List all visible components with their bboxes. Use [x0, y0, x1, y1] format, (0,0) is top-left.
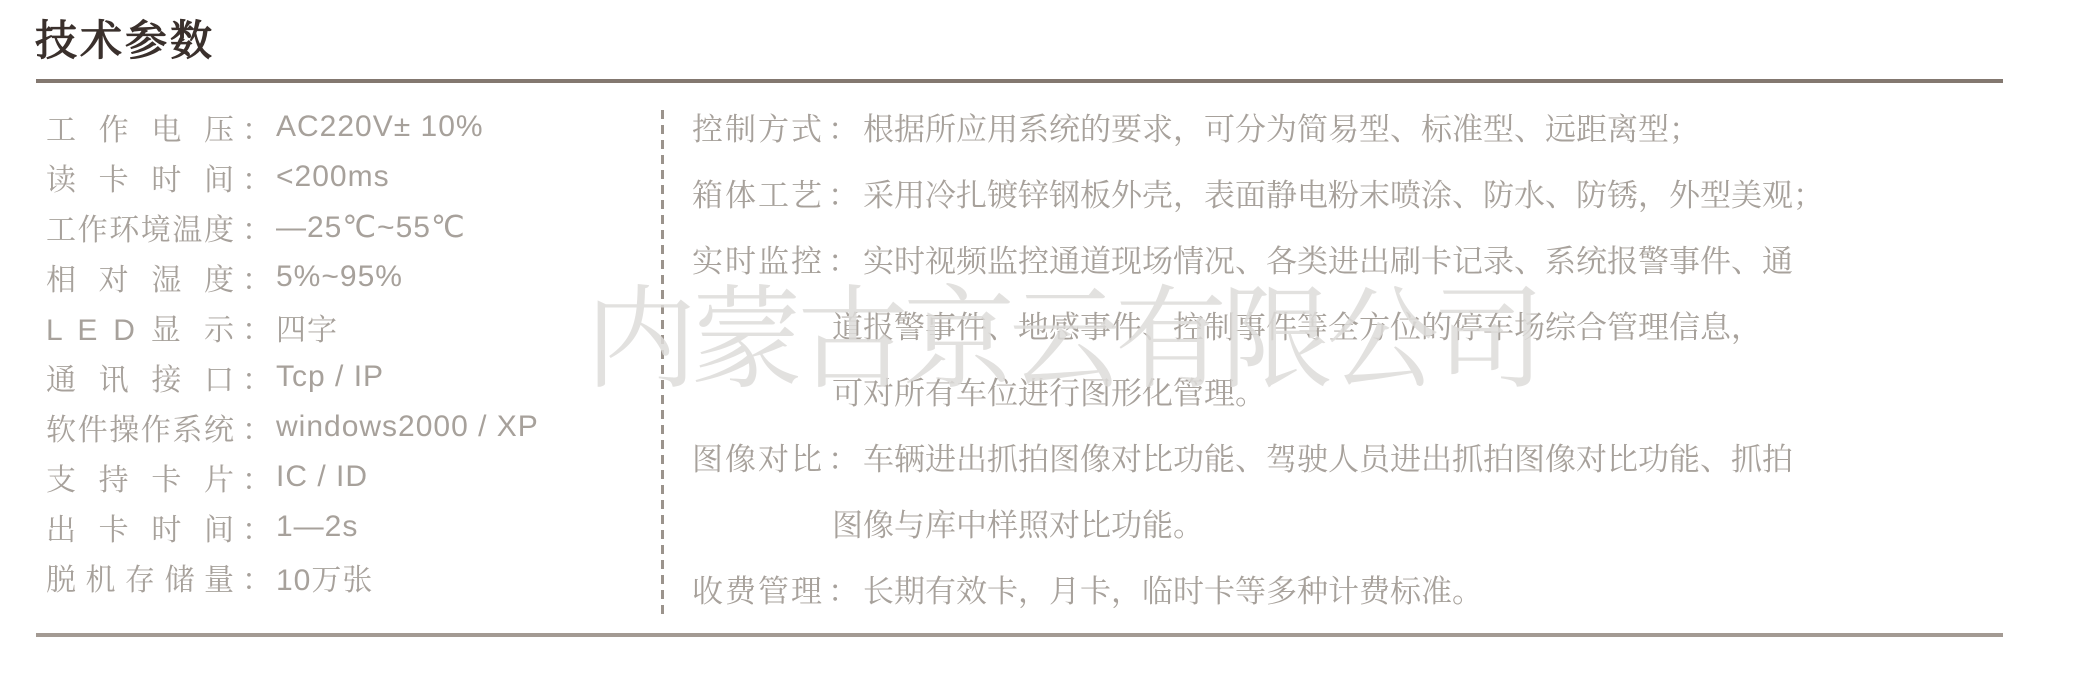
- spec-row: 工 作 电 压：AC220V± 10%: [46, 102, 646, 152]
- tech-spec-page: 技术参数 工 作 电 压：AC220V± 10%读 卡 时 间：<200ms工作…: [0, 0, 2096, 689]
- spec-label: 出 卡 时 间: [46, 505, 234, 549]
- spec-label: 读 卡 时 间: [46, 155, 234, 199]
- bottom-rule: [36, 633, 2003, 637]
- feature-line-continuation: 图像与库中样照对比功能。: [692, 493, 2022, 559]
- spec-value: 四字: [276, 305, 338, 349]
- dashed-divider: [661, 110, 664, 620]
- spec-row: 支 持 卡 片：IC / ID: [46, 452, 646, 502]
- spec-label: 软件操作系统: [46, 405, 234, 449]
- feature-item: 收费管理：长期有效卡，月卡，临时卡等多种计费标准。: [692, 559, 2022, 625]
- spec-colon: ：: [242, 555, 272, 599]
- page-title: 技术参数: [35, 8, 215, 68]
- feature-colon: ：: [828, 442, 859, 477]
- spec-colon: ：: [242, 505, 272, 549]
- feature-colon: ：: [828, 574, 859, 609]
- spec-label: L E D 显 示: [46, 305, 234, 349]
- spec-value: Tcp / IP: [276, 360, 384, 394]
- spec-value: windows2000 / XP: [276, 410, 539, 444]
- feature-label: 实时监控: [692, 244, 824, 279]
- spec-colon: ：: [242, 105, 272, 149]
- spec-label: 通 讯 接 口: [46, 355, 234, 399]
- feature-text: 实时视频监控通道现场情况、各类进出刷卡记录、系统报警事件、通: [863, 244, 1793, 279]
- spec-row: 脱机存储量：10万张: [46, 552, 646, 602]
- feature-text: 长期有效卡，月卡，临时卡等多种计费标准。: [863, 574, 1483, 609]
- spec-row: 通 讯 接 口：Tcp / IP: [46, 352, 646, 402]
- spec-value: IC / ID: [276, 460, 368, 494]
- spec-row: L E D 显 示：四字: [46, 302, 646, 352]
- feature-text: 车辆进出抓拍图像对比功能、驾驶人员进出抓拍图像对比功能、抓拍: [863, 442, 1793, 477]
- feature-colon: ：: [828, 112, 859, 147]
- feature-text: 根据所应用系统的要求，可分为简易型、标准型、远距离型；: [863, 112, 1700, 147]
- spec-value: —25℃~55℃: [276, 210, 466, 245]
- spec-value: 1—2s: [276, 510, 358, 544]
- feature-colon: ：: [828, 178, 859, 213]
- spec-row: 读 卡 时 间：<200ms: [46, 152, 646, 202]
- feature-colon: ：: [828, 244, 859, 279]
- spec-colon: ：: [242, 455, 272, 499]
- spec-row: 软件操作系统：windows2000 / XP: [46, 402, 646, 452]
- spec-value: AC220V± 10%: [276, 110, 484, 144]
- title-underline: [36, 79, 2003, 83]
- spec-colon: ：: [242, 305, 272, 349]
- spec-label: 相 对 湿 度: [46, 255, 234, 299]
- feature-item: 实时监控：实时视频监控通道现场情况、各类进出刷卡记录、系统报警事件、通道报警事件…: [692, 229, 2022, 427]
- feature-line: 箱体工艺：采用冷扎镀锌钢板外壳，表面静电粉末喷涂、防水、防锈，外型美观；: [692, 163, 2022, 229]
- feature-item: 图像对比：车辆进出抓拍图像对比功能、驾驶人员进出抓拍图像对比功能、抓拍图像与库中…: [692, 427, 2022, 559]
- spec-value: <200ms: [276, 160, 390, 194]
- feature-line: 图像对比：车辆进出抓拍图像对比功能、驾驶人员进出抓拍图像对比功能、抓拍: [692, 427, 2022, 493]
- spec-colon: ：: [242, 355, 272, 399]
- feature-line-continuation: 可对所有车位进行图形化管理。: [692, 361, 2022, 427]
- spec-colon: ：: [242, 405, 272, 449]
- spec-row: 相 对 湿 度：5%~95%: [46, 252, 646, 302]
- spec-colon: ：: [242, 155, 272, 199]
- feature-label: 收费管理: [692, 574, 824, 609]
- spec-row: 工作环境温度：—25℃~55℃: [46, 202, 646, 252]
- feature-label: 控制方式: [692, 112, 824, 147]
- spec-label: 脱机存储量: [46, 555, 234, 599]
- feature-text: 采用冷扎镀锌钢板外壳，表面静电粉末喷涂、防水、防锈，外型美观；: [863, 178, 1824, 213]
- feature-list-right: 控制方式：根据所应用系统的要求，可分为简易型、标准型、远距离型；箱体工艺：采用冷…: [692, 97, 2022, 625]
- spec-colon: ：: [242, 255, 272, 299]
- spec-colon: ：: [242, 205, 272, 249]
- feature-item: 箱体工艺：采用冷扎镀锌钢板外壳，表面静电粉末喷涂、防水、防锈，外型美观；: [692, 163, 2022, 229]
- feature-line-continuation: 道报警事件、地感事件、控制事件等全方位的停车场综合管理信息，: [692, 295, 2022, 361]
- spec-list-left: 工 作 电 压：AC220V± 10%读 卡 时 间：<200ms工作环境温度：…: [46, 102, 646, 602]
- feature-line: 控制方式：根据所应用系统的要求，可分为简易型、标准型、远距离型；: [692, 97, 2022, 163]
- spec-label: 支 持 卡 片: [46, 455, 234, 499]
- spec-row: 出 卡 时 间：1—2s: [46, 502, 646, 552]
- feature-label: 箱体工艺: [692, 178, 824, 213]
- spec-label: 工 作 电 压: [46, 105, 234, 149]
- feature-item: 控制方式：根据所应用系统的要求，可分为简易型、标准型、远距离型；: [692, 97, 2022, 163]
- feature-label: 图像对比: [692, 442, 824, 477]
- feature-line: 收费管理：长期有效卡，月卡，临时卡等多种计费标准。: [692, 559, 2022, 625]
- spec-value: 10万张: [276, 555, 373, 599]
- spec-label: 工作环境温度: [46, 205, 234, 249]
- spec-value: 5%~95%: [276, 260, 403, 294]
- feature-line: 实时监控：实时视频监控通道现场情况、各类进出刷卡记录、系统报警事件、通: [692, 229, 2022, 295]
